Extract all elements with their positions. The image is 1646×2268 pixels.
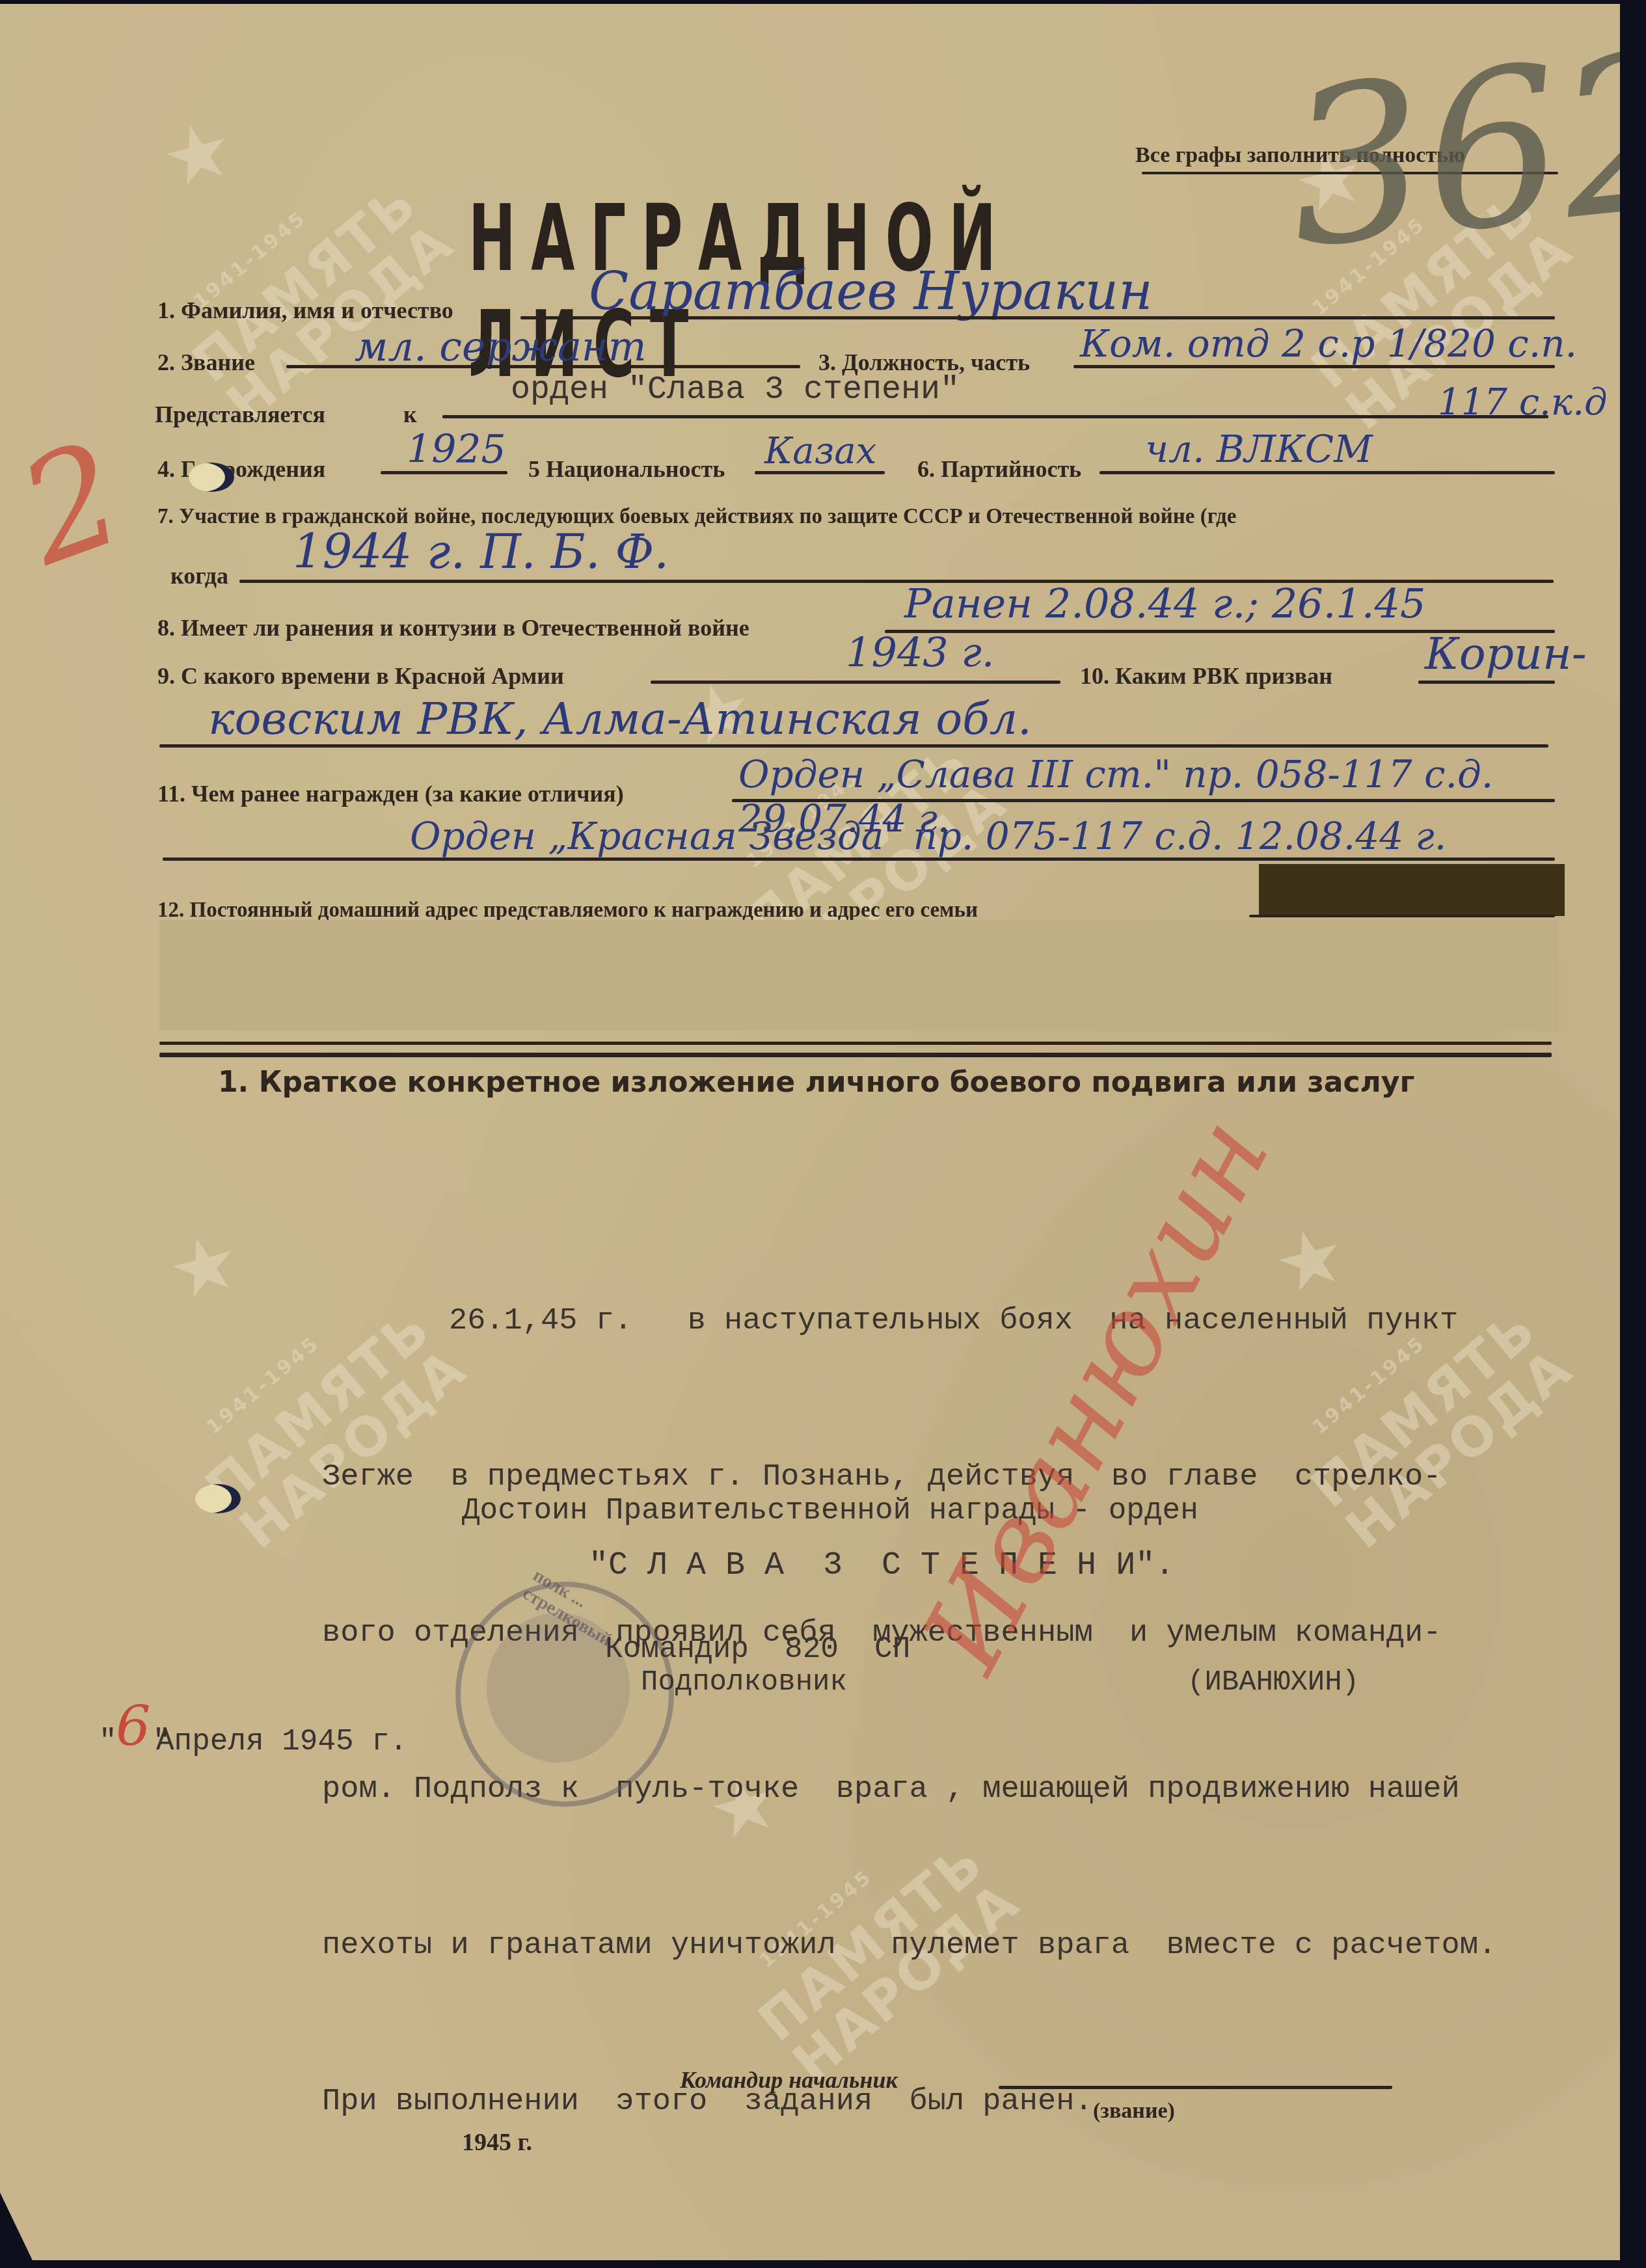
signer-position: Командир 820 СП <box>605 1632 910 1666</box>
redacted-address-area <box>159 920 1558 1031</box>
paragraph-line: 26.1,45 г. в наступательных боях на насе… <box>322 1295 1496 1347</box>
signer-rank: Подполковник <box>641 1666 847 1699</box>
award-sheet-paper: ★ 1941-1945ПАМЯТЬНАРОДА ★ 1941-1945ПАМЯТ… <box>0 4 1620 2260</box>
award-name: "С Л А В А 3 С Т Е П Е Н И". <box>589 1547 1174 1584</box>
nominated-value: орден "Слава 3 степени" <box>511 371 960 409</box>
archive-number: 362 <box>1278 22 1646 278</box>
field-10-line-cont <box>159 744 1548 748</box>
field-2-line <box>286 365 800 368</box>
field-1-value: Саратбаев Нуракин <box>589 261 1153 321</box>
field-6-label: 6. Партийность <box>917 455 1081 483</box>
margin-red-mark: 2 <box>0 410 142 597</box>
field-1-line <box>520 316 1555 319</box>
footer-year: 1945 г. <box>462 2128 532 2157</box>
paragraph-line: пехоты и гранатами уничтожил пулемет вра… <box>322 1920 1496 1972</box>
field-4-label: 4. Год рождения <box>157 455 325 483</box>
nominated-line <box>442 415 1548 418</box>
paper-damage <box>189 463 234 492</box>
paper-damage <box>195 1484 241 1513</box>
field-3-value: Ком. отд 2 с.р 1/820 с.п. <box>1080 321 1577 366</box>
redacted-address-bar <box>1259 864 1565 916</box>
footer-rank-caption: (звание) <box>1093 2099 1175 2124</box>
field-5-line <box>755 471 885 474</box>
field-5-label: 5 Национальность <box>528 455 725 483</box>
field-10-line <box>1418 681 1555 684</box>
field-12-line-cont <box>159 1042 1552 1045</box>
field-11-line <box>732 799 1555 802</box>
signer-name: (ИВАНЮХИН) <box>1187 1666 1359 1699</box>
field-1-label: 1. Фамилия, имя и отчество <box>157 297 453 324</box>
nominated-label: Представляется <box>155 401 325 428</box>
field-5-value: Казах <box>764 430 876 472</box>
date-text: Апреля 1945 г. <box>156 1725 407 1759</box>
star-icon: ★ <box>154 106 250 202</box>
nominated-k: к <box>403 401 417 428</box>
field-11-line-cont <box>163 857 1555 861</box>
section-1-heading: 1. Краткое конкретное изложение личного … <box>218 1066 1415 1099</box>
field-9-label: 9. С какого времени в Красной Армии <box>157 662 564 690</box>
field-12-line <box>1249 915 1555 917</box>
paragraph-line: При выполнении этого задания был ранен. <box>322 2076 1496 2128</box>
field-4-value: 1925 <box>407 427 506 472</box>
watermark: 1941-1945ПАМЯТЬНАРОДА <box>150 133 463 432</box>
field-12-label: 12. Постоянный домашний адрес представля… <box>157 898 978 923</box>
field-7-value: 1944 г. П. Б. Ф. <box>293 524 669 579</box>
footer-commander-label: Командир начальник <box>680 2066 898 2094</box>
field-9-line <box>651 681 1060 684</box>
field-11-label: 11. Чем ранее награжден (за какие отличи… <box>157 780 624 807</box>
date-day: 6 <box>116 1694 150 1758</box>
field-10-value: Корин- <box>1425 628 1587 680</box>
field-9-value: 1943 г. <box>846 628 995 676</box>
field-7-label-cont: когда <box>170 562 228 589</box>
section-divider <box>159 1053 1552 1057</box>
field-8-label: 8. Имеет ли ранения и контузии в Отечест… <box>157 614 749 641</box>
star-icon: ★ <box>161 1219 256 1314</box>
field-4-line <box>381 471 507 474</box>
field-6-value: чл. ВЛКСМ <box>1145 427 1373 471</box>
field-8-value: Ранен 2.08.44 г.; 26.1.45 <box>904 580 1425 627</box>
field-10-value-cont: ковским РВК, Алма-Атинская обл. <box>208 694 1032 745</box>
field-2-label: 2. Звание <box>157 349 255 376</box>
field-2-value: мл. сержант <box>355 323 646 370</box>
field-3-line <box>1073 365 1555 368</box>
field-6-line <box>1100 471 1555 474</box>
footer-rank-line <box>999 2086 1392 2089</box>
field-10-label: 10. Каким РВК призван <box>1080 662 1332 690</box>
field-11-value-cont: Орден „Красная Звезда" пр. 075-117 с.д. … <box>410 814 1446 858</box>
